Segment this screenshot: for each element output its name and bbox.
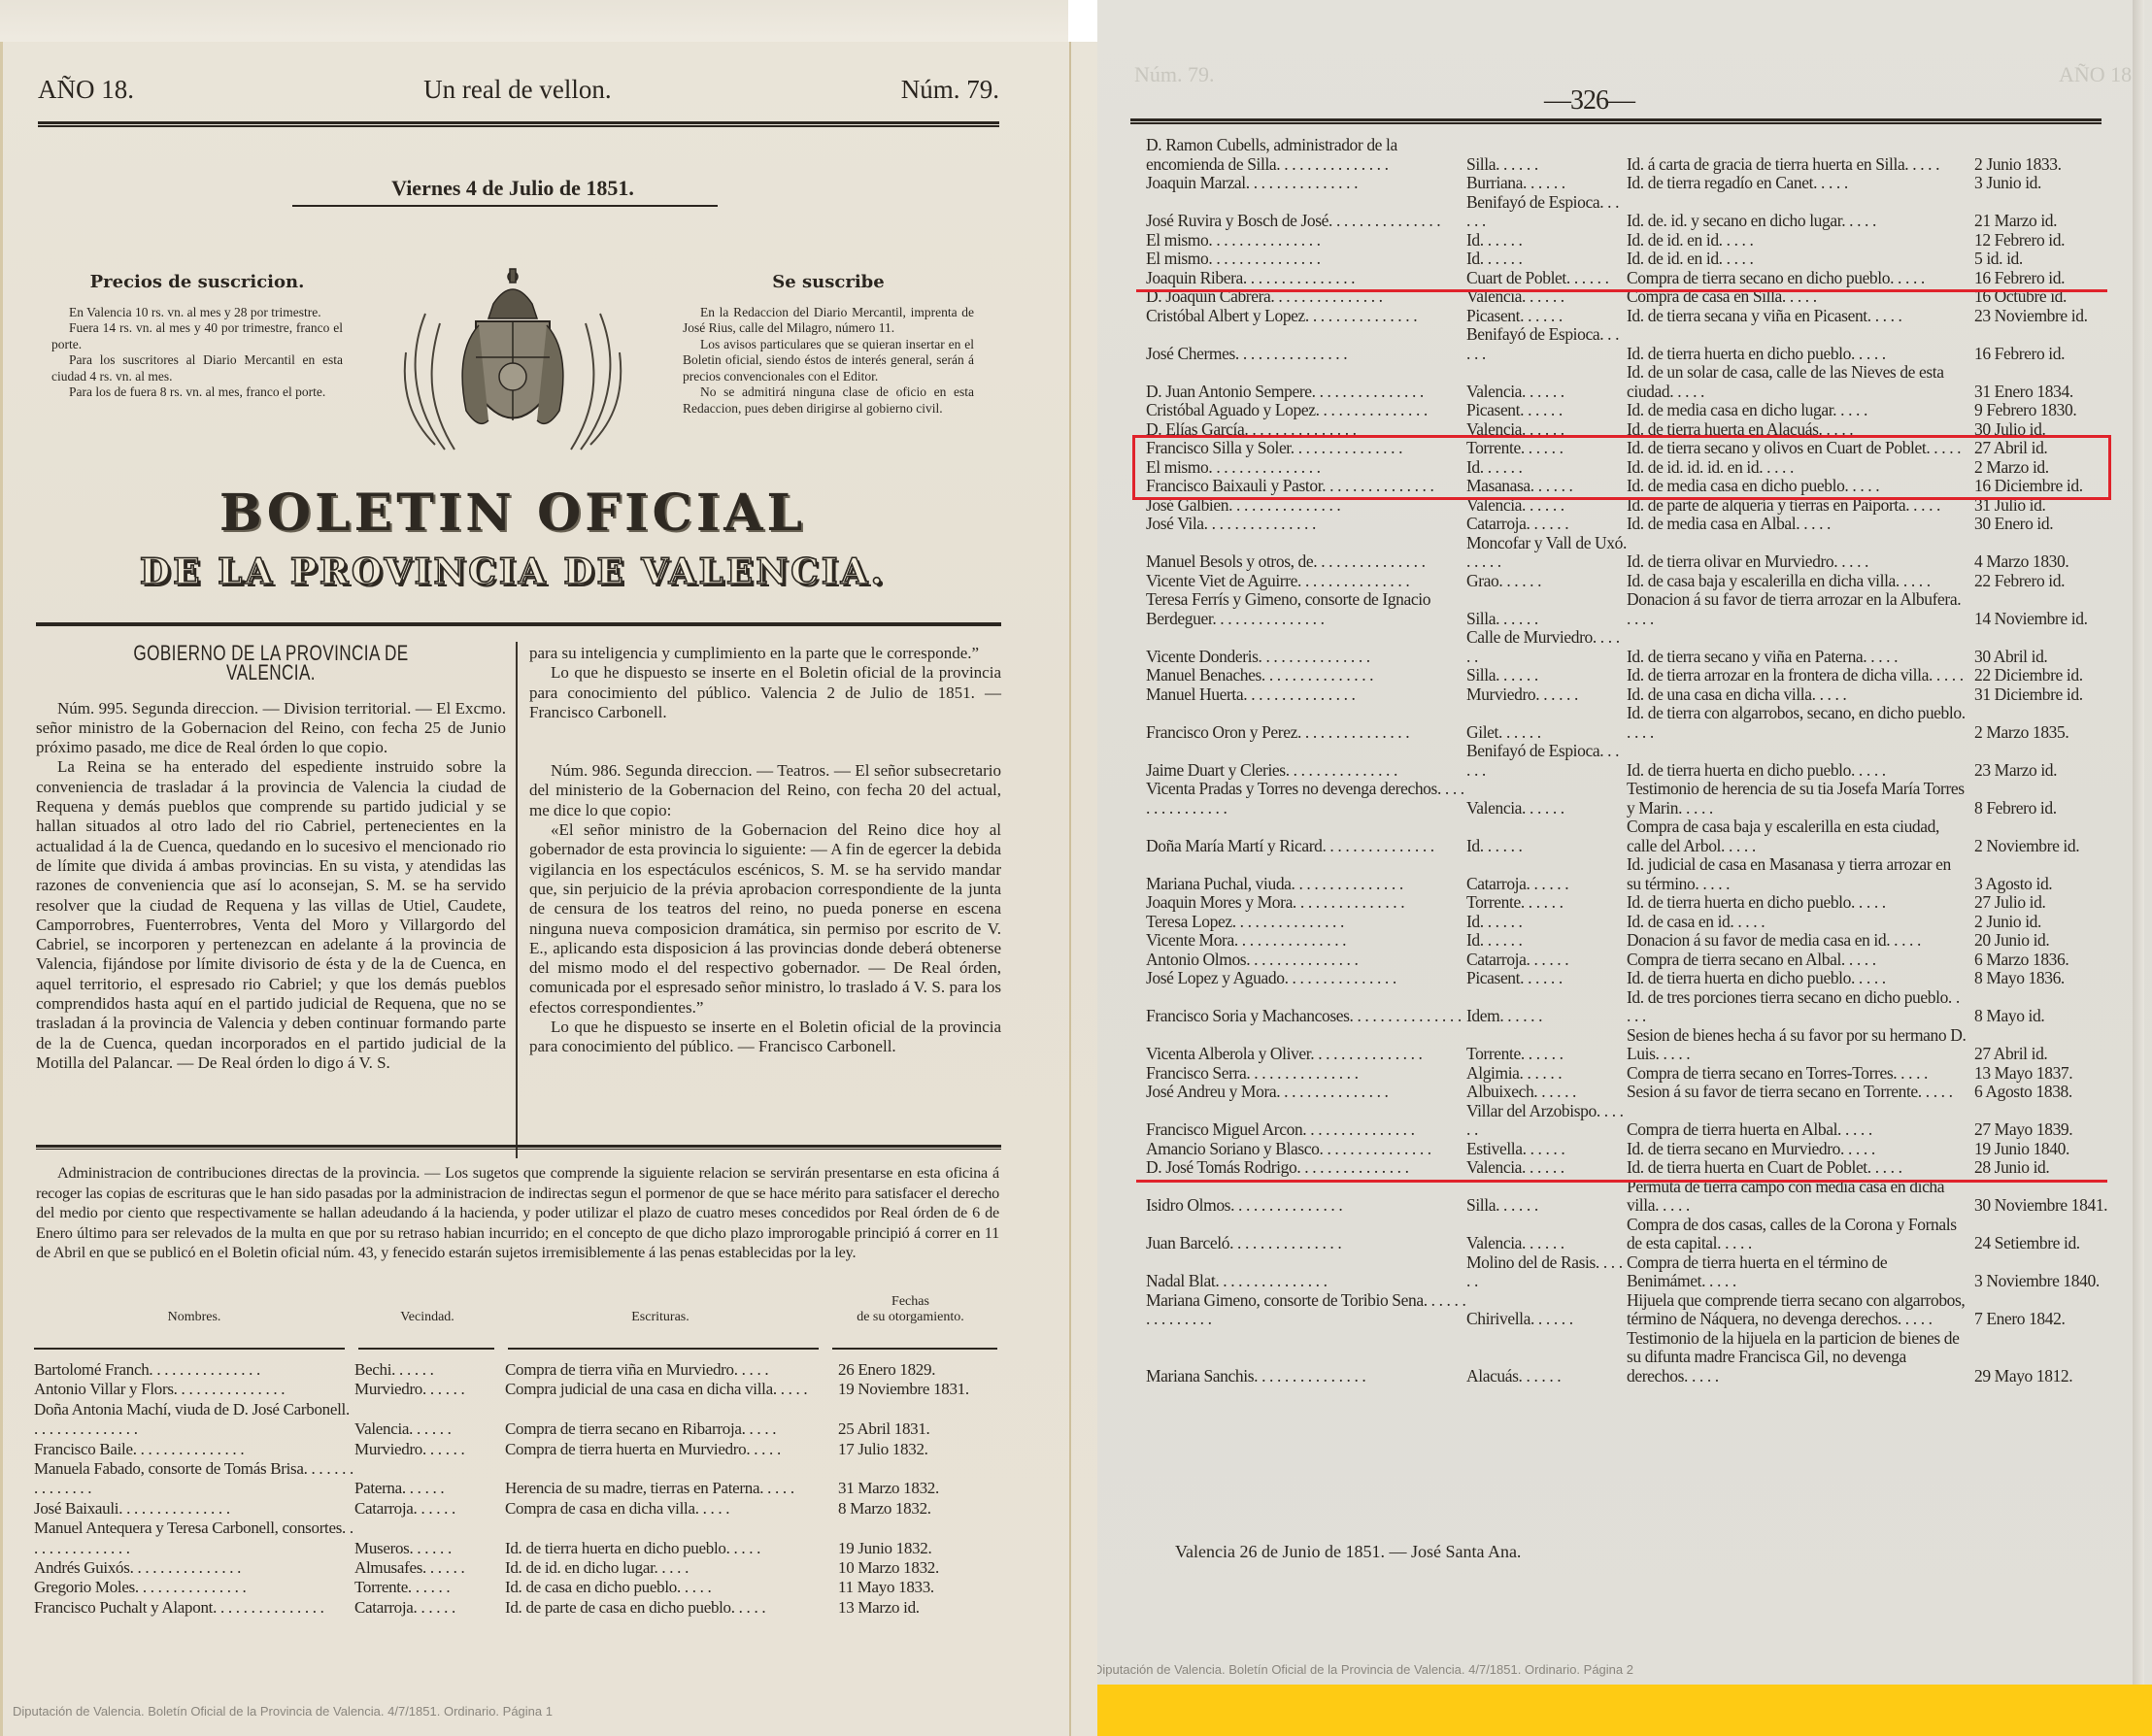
town-cell: Silla. . . . . . <box>1466 666 1627 685</box>
table-row: Francisco Baile. . . . . . . . . . . . .… <box>34 1440 1000 1459</box>
name-cell: D. Ramon Cubells, administrador de la en… <box>1146 136 1466 174</box>
date-cell: 14 Noviembre id. <box>1967 590 2107 628</box>
deed-cell: Sesion de bienes hecha á su favor por su… <box>1627 1026 1967 1064</box>
date-cell: 24 Setiembre id. <box>1967 1216 2107 1253</box>
deed-cell: Id. de tierra secana y viña en Picasent.… <box>1627 307 1967 326</box>
date-cell: 19 Junio 1840. <box>1967 1140 2107 1159</box>
column-2: para su inteligencia y cumplimiento en l… <box>529 644 1001 1057</box>
title-rule <box>36 622 1001 626</box>
table-row: José Lopez y Aguado. . . . . . . . . . .… <box>1146 969 2107 988</box>
date-cell: 2 Noviembre id. <box>1967 818 2107 855</box>
deed-cell: Id. de id. en dicho lugar. . . . . <box>505 1558 830 1578</box>
table-row: Francisco Oron y Perez. . . . . . . . . … <box>1146 704 2107 742</box>
deed-cell: Compra de dos casas, calles de la Corona… <box>1627 1216 1967 1253</box>
town-cell: Silla. . . . . . <box>1466 590 1627 628</box>
name-cell: Joaquin Mores y Mora. . . . . . . . . . … <box>1146 893 1466 913</box>
date-cell: 23 Marzo id. <box>1967 742 2107 780</box>
town-cell: Murviedro. . . . . . <box>354 1440 505 1459</box>
deeds-table-header: Nombres. Vecindad. Escrituras. Fechasde … <box>34 1294 1000 1325</box>
price-line: Para los de fuera 8 rs. vn. al mes, fran… <box>51 384 343 401</box>
town-cell: Silla. . . . . . <box>1466 136 1627 174</box>
name-cell: Manuel Besols y otros, de. . . . . . . .… <box>1146 534 1466 572</box>
town-cell: Calle de Murviedro. . . . . . <box>1466 628 1627 666</box>
deed-cell: Id. de un solar de casa, calle de las Ni… <box>1627 363 1967 401</box>
name-cell: Teresa Ferrís y Gimeno, consorte de Igna… <box>1146 590 1466 628</box>
date-cell: 6 Marzo 1836. <box>1967 951 2107 970</box>
newspaper-subtitle: DE LA PROVINCIA DE VALENCIA. <box>3 551 1023 592</box>
date-cell: 8 Mayo id. <box>1967 988 2107 1026</box>
subscription-prices-heading: Precios de suscricion. <box>51 275 343 291</box>
date-cell: 13 Mayo 1837. <box>1967 1064 2107 1084</box>
issue-date: Viernes 4 de Julio de 1851. <box>3 176 1023 201</box>
date-cell: 22 Febrero id. <box>1967 572 2107 591</box>
masthead: AÑO 18. Un real de vellon. Núm. 79. <box>38 75 999 105</box>
town-cell: Grao. . . . . . <box>1466 572 1627 591</box>
name-cell: D. Juan Antonio Sempere. . . . . . . . .… <box>1146 363 1466 401</box>
table-row: Vicenta Alberola y Oliver. . . . . . . .… <box>1146 1026 2107 1064</box>
table-row: Mariana Gimeno, consorte de Toribio Sena… <box>1146 1291 2107 1329</box>
table-row: Francisco Soria y Machancoses. . . . . .… <box>1146 988 2107 1026</box>
name-cell: Francisco Miguel Arcon. . . . . . . . . … <box>1146 1102 1466 1140</box>
deed-cell: Testimonio de herencia de su tia Josefa … <box>1627 780 1967 818</box>
name-cell: Joaquin Ribera. . . . . . . . . . . . . … <box>1146 269 1466 288</box>
date-cell: 16 Febrero id. <box>1967 325 2107 363</box>
table-row: Jaime Duart y Cleries. . . . . . . . . .… <box>1146 742 2107 780</box>
price-line: Para los suscritores al Diario Mercantil… <box>51 352 343 384</box>
town-cell: Alacuás. . . . . . <box>1466 1329 1627 1386</box>
date-cell: 8 Febrero id. <box>1967 780 2107 818</box>
table-row: Francisco Serra. . . . . . . . . . . . .… <box>1146 1064 2107 1084</box>
town-cell: Murviedro. . . . . . <box>1466 685 1627 705</box>
table-row: D. José Tomás Rodrigo. . . . . . . . . .… <box>1146 1158 2107 1178</box>
name-cell: Amancio Soriano y Blasco. . . . . . . . … <box>1146 1140 1466 1159</box>
table-row: Doña Antonia Machí, viuda de D. José Car… <box>34 1400 1000 1440</box>
date-cell: 31 Marzo 1832. <box>830 1459 1000 1499</box>
name-cell: Nadal Blat. . . . . . . . . . . . . . . <box>1146 1253 1466 1291</box>
deed-cell: Id. de id. en id. . . . . <box>1627 250 1967 269</box>
deed-cell: Compra de tierra secano en Ribarroja. . … <box>505 1400 830 1440</box>
table-row: Cristóbal Aguado y Lopez. . . . . . . . … <box>1146 401 2107 420</box>
town-cell: Burriana. . . . . . <box>1466 174 1627 193</box>
list-signature: Valencia 26 de Junio de 1851. — José San… <box>1175 1542 1521 1562</box>
town-cell: Picasent. . . . . . <box>1466 969 1627 988</box>
masthead-issue: Núm. 79. <box>901 75 999 105</box>
page-top-rule <box>1130 118 2102 124</box>
town-cell: Id. . . . . . <box>1466 913 1627 932</box>
name-cell: Manuela Fabado, consorte de Tomás Brisa.… <box>34 1459 354 1499</box>
date-rule <box>292 205 718 207</box>
table-row: Vicenta Pradas y Torres no devenga derec… <box>1146 780 2107 818</box>
name-cell: Manuel Benaches. . . . . . . . . . . . .… <box>1146 666 1466 685</box>
table-row: Mariana Puchal, viuda. . . . . . . . . .… <box>1146 855 2107 893</box>
page-2: Núm. 79. AÑO 18. —326— D. Ramon Cubells,… <box>1097 0 2152 1685</box>
deed-cell: Id. de id. en id. . . . . <box>1627 231 1967 250</box>
notice-986-intro: Núm. 986. Segunda direccion. — Teatros. … <box>529 761 1001 820</box>
table-row: Cristóbal Albert y Lopez. . . . . . . . … <box>1146 307 2107 326</box>
name-cell: Gregorio Moles. . . . . . . . . . . . . … <box>34 1578 354 1597</box>
deed-cell: Id. de tres porciones tierra secano en d… <box>1627 988 1967 1026</box>
masthead-rule <box>38 121 999 127</box>
name-cell: Vicenta Alberola y Oliver. . . . . . . .… <box>1146 1026 1466 1064</box>
name-cell: El mismo. . . . . . . . . . . . . . . <box>1146 231 1466 250</box>
town-cell: Valencia. . . . . . <box>354 1400 505 1440</box>
subscribe-info: Se suscribe En la Redaccion del Diario M… <box>683 275 974 417</box>
date-cell: 3 Agosto id. <box>1967 855 2107 893</box>
deed-cell: Compra de tierra huerta en el término de… <box>1627 1253 1967 1291</box>
name-cell: Manuel Antequera y Teresa Carbonell, con… <box>34 1519 354 1558</box>
town-cell: Torrente. . . . . . <box>354 1578 505 1597</box>
name-cell: Vicente Viet de Aguirre. . . . . . . . .… <box>1146 572 1466 591</box>
town-cell: Algimia. . . . . . <box>1466 1064 1627 1084</box>
name-cell: Joaquin Marzal. . . . . . . . . . . . . … <box>1146 174 1466 193</box>
notice-995-signature: Lo que he dispuesto se inserte en el Bol… <box>529 663 1001 722</box>
town-cell: Chirivella. . . . . . <box>1466 1291 1627 1329</box>
date-cell: 2 Marzo 1835. <box>1967 704 2107 742</box>
town-cell: Murviedro. . . . . . <box>354 1380 505 1399</box>
date-cell: 7 Enero 1842. <box>1967 1291 2107 1329</box>
table-row: Manuel Benaches. . . . . . . . . . . . .… <box>1146 666 2107 685</box>
notice-986-body: «El señor ministro de la Gobernacion del… <box>529 820 1001 1018</box>
date-cell: 16 Febrero id. <box>1967 269 2107 288</box>
date-cell: 13 Marzo id. <box>830 1598 1000 1618</box>
page-1-footer: Diputación de Valencia. Boletín Oficial … <box>13 1704 553 1719</box>
deed-cell: Compra de tierra huerta en Murviedro. . … <box>505 1440 830 1459</box>
deed-cell: Id. de tierra olivar en Murviedro. . . .… <box>1627 534 1967 572</box>
date-cell: 19 Junio 1832. <box>830 1519 1000 1558</box>
price-line: En Valencia 10 rs. vn. al mes y 28 por t… <box>51 305 343 321</box>
date-cell: 8 Marzo 1832. <box>830 1499 1000 1519</box>
date-cell: 30 Noviembre 1841. <box>1967 1178 2107 1216</box>
column-divider <box>516 642 518 1158</box>
deed-cell: Id. de parte de casa en dicho pueblo. . … <box>505 1598 830 1618</box>
notice-995-intro: Núm. 995. Segunda direccion. — Division … <box>36 699 506 758</box>
date-cell: 30 Abril id. <box>1967 628 2107 666</box>
deed-cell: Compra de tierra secano en Albal. . . . … <box>1627 951 1967 970</box>
deed-cell: Id. de tierra secano en Murviedro. . . .… <box>1627 1140 1967 1159</box>
name-cell: José Andreu y Mora. . . . . . . . . . . … <box>1146 1083 1466 1102</box>
deed-cell: Testimonio de la hijuela en la particion… <box>1627 1329 1967 1386</box>
date-cell: 10 Marzo 1832. <box>830 1558 1000 1578</box>
town-cell: Silla. . . . . . <box>1466 1178 1627 1216</box>
scan-top-margin <box>0 0 1068 42</box>
town-cell: Albuixech. . . . . . <box>1466 1083 1627 1102</box>
name-cell: Bartolomé Franch. . . . . . . . . . . . … <box>34 1360 354 1380</box>
town-cell: Gilet. . . . . . <box>1466 704 1627 742</box>
deed-cell: Id. de casa en id. . . . . <box>1627 913 1967 932</box>
deed-cell: Compra de tierra secano en Torres-Torres… <box>1627 1064 1967 1084</box>
deed-cell: Id. de tierra secano y viña en Paterna. … <box>1627 628 1967 666</box>
date-cell: 21 Marzo id. <box>1967 193 2107 231</box>
table-row: Vicente Donderis. . . . . . . . . . . . … <box>1146 628 2107 666</box>
town-cell: Villar del Arzobispo. . . . . . <box>1466 1102 1627 1140</box>
town-cell: Id. . . . . . <box>1466 231 1627 250</box>
name-cell: Mariana Sanchis. . . . . . . . . . . . .… <box>1146 1329 1466 1386</box>
name-cell: Francisco Serra. . . . . . . . . . . . .… <box>1146 1064 1466 1084</box>
table-row: Teresa Ferrís y Gimeno, consorte de Igna… <box>1146 590 2107 628</box>
date-cell: 2 Junio 1833. <box>1967 136 2107 174</box>
deed-cell: Id. de tierra huerta en Cuart de Poblet.… <box>1627 1158 1967 1178</box>
header-deeds: Escrituras. <box>500 1294 821 1325</box>
table-row: Andrés Guixós. . . . . . . . . . . . . .… <box>34 1558 1000 1578</box>
town-cell: Moncofar y Vall de Uxó. . . . . . <box>1466 534 1627 572</box>
date-cell: 22 Diciembre id. <box>1967 666 2107 685</box>
name-cell: Cristóbal Aguado y Lopez. . . . . . . . … <box>1146 401 1466 420</box>
date-cell: 23 Noviembre id. <box>1967 307 2107 326</box>
table-row: Joaquin Ribera. . . . . . . . . . . . . … <box>1146 269 2107 288</box>
deed-cell: Compra judicial de una casa en dicha vil… <box>505 1380 830 1399</box>
deeds-table-continued: D. Ramon Cubells, administrador de la en… <box>1146 136 2107 1385</box>
name-cell: José Ruvira y Bosch de José. . . . . . .… <box>1146 193 1466 231</box>
name-cell: Francisco Oron y Perez. . . . . . . . . … <box>1146 704 1466 742</box>
price-line: Fuera 14 rs. vn. al mes y 40 por trimest… <box>51 320 343 352</box>
admin-notice: Administracion de contribuciones directa… <box>36 1163 999 1263</box>
subscribe-line: En la Redaccion del Diario Mercantil, im… <box>683 305 974 337</box>
name-cell: Isidro Olmos. . . . . . . . . . . . . . … <box>1146 1178 1466 1216</box>
table-row: D. Ramon Cubells, administrador de la en… <box>1146 136 2107 174</box>
name-cell: José Lopez y Aguado. . . . . . . . . . .… <box>1146 969 1466 988</box>
subscription-prices: Precios de suscricion. En Valencia 10 rs… <box>51 275 343 401</box>
name-cell: Manuel Huerta. . . . . . . . . . . . . .… <box>1146 685 1466 705</box>
name-cell: José Baixauli. . . . . . . . . . . . . .… <box>34 1499 354 1519</box>
town-cell: Catarroja. . . . . . <box>354 1499 505 1519</box>
town-cell: Torrente. . . . . . <box>1466 893 1627 913</box>
deed-cell: Id. de tierra con algarrobos, secano, en… <box>1627 704 1967 742</box>
newspaper-title: BOLETIN OFICIAL <box>3 484 1023 543</box>
column-1: GOBIERNO DE LA PROVINCIA DE VALENCIA. Nú… <box>36 644 506 1073</box>
name-cell: Francisco Baile. . . . . . . . . . . . .… <box>34 1440 354 1459</box>
table-row: Francisco Miguel Arcon. . . . . . . . . … <box>1146 1102 2107 1140</box>
deed-cell: Id. de una casa en dicha villa. . . . . <box>1627 685 1967 705</box>
deed-cell: Id. de. id. y secano en dicho lugar. . .… <box>1627 193 1967 231</box>
table-row: Manuel Antequera y Teresa Carbonell, con… <box>34 1519 1000 1558</box>
name-cell: Francisco Puchalt y Alapont. . . . . . .… <box>34 1598 354 1618</box>
town-cell: Valencia. . . . . . <box>1466 780 1627 818</box>
date-cell: 31 Enero 1834. <box>1967 363 2107 401</box>
name-cell: Cristóbal Albert y Lopez. . . . . . . . … <box>1146 307 1466 326</box>
header-residence: Vecindad. <box>354 1294 500 1325</box>
name-cell: Juan Barceló. . . . . . . . . . . . . . … <box>1146 1216 1466 1253</box>
deed-cell: Compra de tierra viña en Murviedro. . . … <box>505 1360 830 1380</box>
deed-cell: Id. de tierra huerta en dicho pueblo. . … <box>505 1519 830 1558</box>
deed-cell: Id. de tierra huerta en dicho pueblo. . … <box>1627 969 1967 988</box>
page-2-footer: Diputación de Valencia. Boletín Oficial … <box>1097 1662 1633 1677</box>
table-row: José Andreu y Mora. . . . . . . . . . . … <box>1146 1083 2107 1102</box>
date-cell: 27 Abril id. <box>1967 1026 2107 1064</box>
deed-cell: Id. de media casa en dicho lugar. . . . … <box>1627 401 1967 420</box>
name-cell: José Chermes. . . . . . . . . . . . . . … <box>1146 325 1466 363</box>
notice-995-body: La Reina se ha enterado del espediente i… <box>36 757 506 1073</box>
bleed-through-text: AÑO 18. <box>2059 62 2137 87</box>
deed-cell: Compra de tierra huerta en Albal. . . . … <box>1627 1102 1967 1140</box>
date-cell: 6 Agosto 1838. <box>1967 1083 2107 1102</box>
name-cell: Mariana Puchal, viuda. . . . . . . . . .… <box>1146 855 1466 893</box>
deed-cell: Id. judicial de casa en Masanasa y tierr… <box>1627 855 1967 893</box>
town-cell: Molino del de Rasis. . . . . . <box>1466 1253 1627 1291</box>
town-cell: Cuart de Poblet. . . . . . <box>1466 269 1627 288</box>
town-cell: Id. . . . . . <box>1466 931 1627 951</box>
section-heading: GOBIERNO DE LA PROVINCIA DE VALENCIA. <box>87 644 454 684</box>
table-row: Antonio Villar y Flors. . . . . . . . . … <box>34 1380 1000 1399</box>
notice-995-closing: para su inteligencia y cumplimiento en l… <box>529 644 1001 663</box>
table-row: Isidro Olmos. . . . . . . . . . . . . . … <box>1146 1178 2107 1216</box>
table-row: Antonio Olmos. . . . . . . . . . . . . .… <box>1146 951 2107 970</box>
date-cell: 3 Junio id. <box>1967 174 2107 193</box>
deed-cell: Id. de tierra huerta en dicho pueblo. . … <box>1627 742 1967 780</box>
subscribe-heading: Se suscribe <box>683 275 974 291</box>
date-cell: 25 Abril 1831. <box>830 1400 1000 1440</box>
red-underline-annotation <box>1136 1180 2107 1183</box>
deed-cell: Donacion á su favor de media casa en id.… <box>1627 931 1967 951</box>
deed-cell: Compra de tierra secano en dicho pueblo.… <box>1627 269 1967 288</box>
table-row: José Ruvira y Bosch de José. . . . . . .… <box>1146 193 2107 231</box>
table-row: Joaquin Marzal. . . . . . . . . . . . . … <box>1146 174 2107 193</box>
name-cell: Doña Antonia Machí, viuda de D. José Car… <box>34 1400 354 1440</box>
date-cell: 11 Mayo 1833. <box>830 1578 1000 1597</box>
notice-986-signature: Lo que he dispuesto se inserte en el Bol… <box>529 1018 1001 1057</box>
town-cell: Catarroja. . . . . . <box>1466 855 1627 893</box>
subscribe-line: Los avisos particulares que se quieran i… <box>683 337 974 385</box>
town-cell: Bechi. . . . . . <box>354 1360 505 1380</box>
name-cell: Antonio Olmos. . . . . . . . . . . . . .… <box>1146 951 1466 970</box>
town-cell: Valencia. . . . . . <box>1466 1216 1627 1253</box>
town-cell: Idem. . . . . . <box>1466 988 1627 1026</box>
town-cell: Benifayó de Espioca. . . . . . <box>1466 742 1627 780</box>
date-cell: 28 Junio id. <box>1967 1158 2107 1178</box>
town-cell: Catarroja. . . . . . <box>1466 515 1627 534</box>
subscribe-line: No se admitirá ninguna clase de oficio e… <box>683 384 974 417</box>
table-row: Nadal Blat. . . . . . . . . . . . . . .M… <box>1146 1253 2107 1291</box>
red-box-annotation <box>1132 435 2111 500</box>
table-row: Teresa Lopez. . . . . . . . . . . . . . … <box>1146 913 2107 932</box>
town-cell: Paterna. . . . . . <box>354 1459 505 1499</box>
date-cell: 31 Diciembre id. <box>1967 685 2107 705</box>
red-underline-annotation <box>1136 289 2107 292</box>
deeds-table: Bartolomé Franch. . . . . . . . . . . . … <box>34 1360 1000 1618</box>
header-rules <box>34 1348 1000 1352</box>
name-cell: Antonio Villar y Flors. . . . . . . . . … <box>34 1380 354 1399</box>
table-row: D. Juan Antonio Sempere. . . . . . . . .… <box>1146 363 2107 401</box>
table-row: Gregorio Moles. . . . . . . . . . . . . … <box>34 1578 1000 1597</box>
town-cell: Torrente. . . . . . <box>1466 1026 1627 1064</box>
header-dates: Fechasde su otorgamiento. <box>821 1294 1000 1325</box>
town-cell: Picasent. . . . . . <box>1466 307 1627 326</box>
table-row: El mismo. . . . . . . . . . . . . . .Id.… <box>1146 231 2107 250</box>
town-cell: Almusafes. . . . . . <box>354 1558 505 1578</box>
name-cell: José Vila. . . . . . . . . . . . . . . <box>1146 515 1466 534</box>
town-cell: Valencia. . . . . . <box>1466 1158 1627 1178</box>
date-cell: 30 Enero id. <box>1967 515 2107 534</box>
deed-cell: Id. de casa baja y escalerilla en dicha … <box>1627 572 1967 591</box>
masthead-year: AÑO 18. <box>38 75 134 105</box>
date-cell: 8 Mayo 1836. <box>1967 969 2107 988</box>
table-row: Juan Barceló. . . . . . . . . . . . . . … <box>1146 1216 2107 1253</box>
table-row: Manuel Huerta. . . . . . . . . . . . . .… <box>1146 685 2107 705</box>
viewer-yellow-band <box>1097 1685 2152 1736</box>
town-cell: Catarroja. . . . . . <box>354 1598 505 1618</box>
date-cell: 17 Julio 1832. <box>830 1440 1000 1459</box>
table-row: Vicente Viet de Aguirre. . . . . . . . .… <box>1146 572 2107 591</box>
town-cell: Benifayó de Espioca. . . . . . <box>1466 193 1627 231</box>
date-cell: 20 Junio id. <box>1967 931 2107 951</box>
town-cell: Estivella. . . . . . <box>1466 1140 1627 1159</box>
date-cell: 27 Julio id. <box>1967 893 2107 913</box>
name-cell: Andrés Guixós. . . . . . . . . . . . . .… <box>34 1558 354 1578</box>
date-cell: 27 Mayo 1839. <box>1967 1102 2107 1140</box>
town-cell: Id. . . . . . <box>1466 250 1627 269</box>
table-row: Vicente Mora. . . . . . . . . . . . . . … <box>1146 931 2107 951</box>
name-cell: El mismo. . . . . . . . . . . . . . . <box>1146 250 1466 269</box>
town-cell: Benifayó de Espioca. . . . . . <box>1466 325 1627 363</box>
town-cell: Catarroja. . . . . . <box>1466 951 1627 970</box>
table-row: Amancio Soriano y Blasco. . . . . . . . … <box>1146 1140 2107 1159</box>
deed-cell: Compra de casa baja y escalerilla en est… <box>1627 818 1967 855</box>
deed-cell: Compra de casa en dicha villa. . . . . <box>505 1499 830 1519</box>
name-cell: Mariana Gimeno, consorte de Toribio Sena… <box>1146 1291 1466 1329</box>
deed-cell: Herencia de su madre, tierras en Paterna… <box>505 1459 830 1499</box>
table-row: El mismo. . . . . . . . . . . . . . .Id.… <box>1146 250 2107 269</box>
deed-cell: Id. de media casa en Albal. . . . . <box>1627 515 1967 534</box>
coat-of-arms-icon <box>387 265 639 459</box>
town-cell: Picasent. . . . . . <box>1466 401 1627 420</box>
table-row: Francisco Puchalt y Alapont. . . . . . .… <box>34 1598 1000 1618</box>
masthead-price: Un real de vellon. <box>423 75 611 105</box>
table-row: Manuel Besols y otros, de. . . . . . . .… <box>1146 534 2107 572</box>
date-cell: 5 id. id. <box>1967 250 2107 269</box>
deed-cell: Id. á carta de gracia de tierra huerta e… <box>1627 136 1967 174</box>
town-cell: Museros. . . . . . <box>354 1519 505 1558</box>
deed-cell: Id. de tierra huerta en dicho pueblo. . … <box>1627 893 1967 913</box>
table-row: José Baixauli. . . . . . . . . . . . . .… <box>34 1499 1000 1519</box>
town-cell: Id. . . . . . <box>1466 818 1627 855</box>
table-row: José Chermes. . . . . . . . . . . . . . … <box>1146 325 2107 363</box>
name-cell: Vicente Mora. . . . . . . . . . . . . . … <box>1146 931 1466 951</box>
name-cell: D. José Tomás Rodrigo. . . . . . . . . .… <box>1146 1158 1466 1178</box>
deed-cell: Sesion á su favor de tierra secano en To… <box>1627 1083 1967 1102</box>
table-row: Mariana Sanchis. . . . . . . . . . . . .… <box>1146 1329 2107 1386</box>
date-cell: 29 Mayo 1812. <box>1967 1329 2107 1386</box>
deed-cell: Id. de tierra huerta en dicho pueblo. . … <box>1627 325 1967 363</box>
deed-cell: Id. de tierra arrozar en la frontera de … <box>1627 666 1967 685</box>
date-cell: 2 Junio id. <box>1967 913 2107 932</box>
table-row: Bartolomé Franch. . . . . . . . . . . . … <box>34 1360 1000 1380</box>
header-names: Nombres. <box>34 1294 354 1325</box>
deed-cell: Id. de tierra regadío en Canet. . . . . <box>1627 174 1967 193</box>
page-1: AÑO 18. Un real de vellon. Núm. 79. Vier… <box>0 42 1097 1736</box>
date-cell: 3 Noviembre 1840. <box>1967 1253 2107 1291</box>
bleed-through-text: Núm. 79. <box>1134 62 1215 87</box>
deed-cell: Hijuela que comprende tierra secano con … <box>1627 1291 1967 1329</box>
name-cell: Teresa Lopez. . . . . . . . . . . . . . … <box>1146 913 1466 932</box>
date-cell: 9 Febrero 1830. <box>1967 401 2107 420</box>
section-rule <box>36 1145 1001 1150</box>
deed-cell: Permuta de tierra campo con media casa e… <box>1627 1178 1967 1216</box>
date-cell: 19 Noviembre 1831. <box>830 1380 1000 1399</box>
date-cell: 4 Marzo 1830. <box>1967 534 2107 572</box>
table-row: Joaquin Mores y Mora. . . . . . . . . . … <box>1146 893 2107 913</box>
name-cell: Vicenta Pradas y Torres no devenga derec… <box>1146 780 1466 818</box>
name-cell: Vicente Donderis. . . . . . . . . . . . … <box>1146 628 1466 666</box>
name-cell: Doña María Martí y Ricard. . . . . . . .… <box>1146 818 1466 855</box>
deed-cell: Id. de casa en dicho pueblo. . . . . <box>505 1578 830 1597</box>
table-row: Doña María Martí y Ricard. . . . . . . .… <box>1146 818 2107 855</box>
town-cell: Valencia. . . . . . <box>1466 363 1627 401</box>
name-cell: Jaime Duart y Cleries. . . . . . . . . .… <box>1146 742 1466 780</box>
table-row: José Vila. . . . . . . . . . . . . . .Ca… <box>1146 515 2107 534</box>
date-cell: 26 Enero 1829. <box>830 1360 1000 1380</box>
table-row: Manuela Fabado, consorte de Tomás Brisa.… <box>34 1459 1000 1499</box>
page-number: —326— <box>1544 85 1634 117</box>
date-cell: 12 Febrero id. <box>1967 231 2107 250</box>
